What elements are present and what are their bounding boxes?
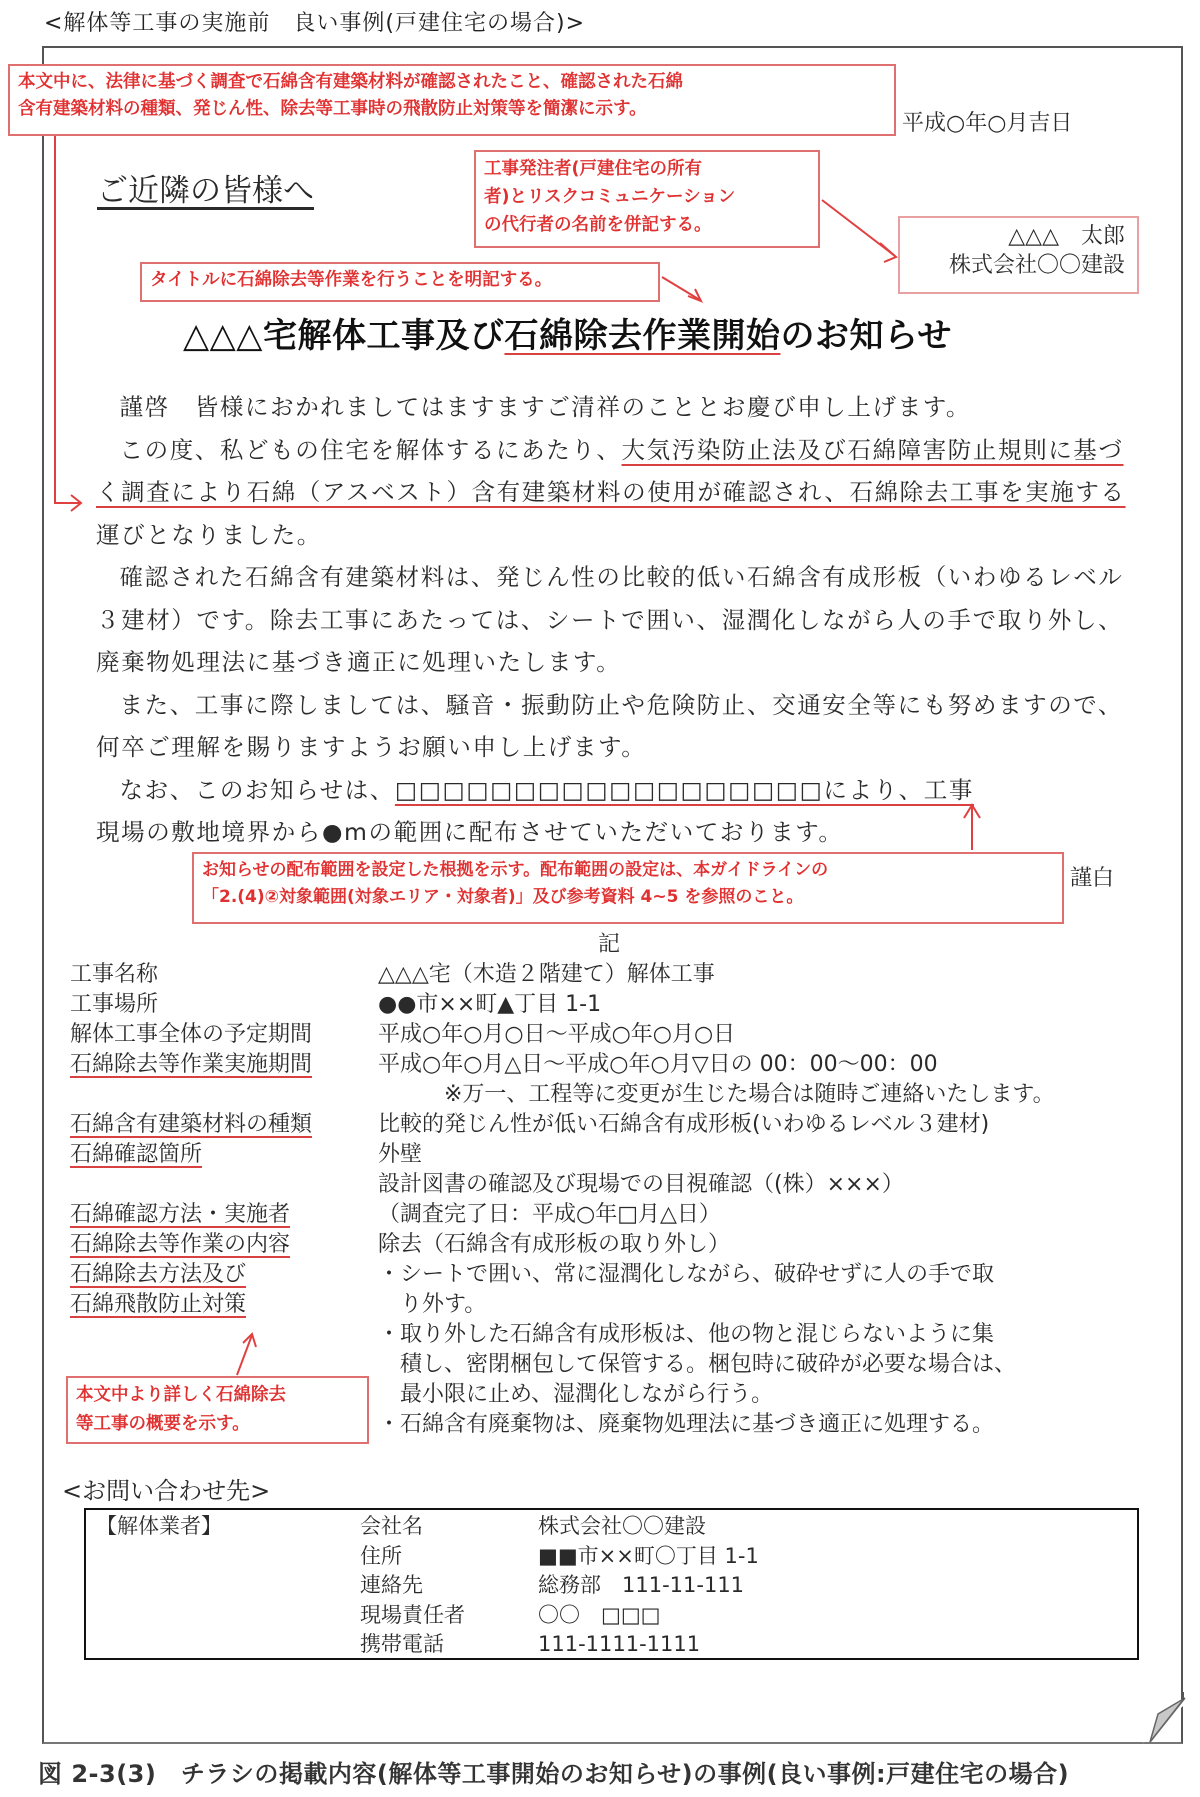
detail-row: 設計図書の確認及び現場での目視確認（(株）×××） [70,1170,1160,1200]
detail-label [70,1320,378,1350]
callout-line: 含有建築材料の種類、発じん性、除去等工事時の飛散防止対策等を簡潔に示す。 [18,96,886,123]
label-text: 石綿除去方法及び [70,1262,246,1287]
callout-line: お知らせの配布範囲を設定した根拠を示す。配布範囲の設定は、本ガイドラインの [202,857,1054,884]
detail-value: 積し、密閉梱包して保管する。梱包時に破砕が必要な場合は、 [378,1350,1160,1380]
text: 運びとなりました。 [96,521,322,549]
details-list: 工事名称△△△宅（木造２階建て）解体工事 工事場所●●市××町▲丁目 1-1 解… [70,960,1160,1440]
detail-value: 平成○年○月△日～平成○年○月▽日の 00：00～00：00 [378,1050,1160,1080]
notice-title: △△△宅解体工事及び石綿除去作業開始のお知らせ [183,308,952,357]
contact-value: 総務部 111-11-111 [538,1571,744,1601]
contact-value: 〇〇 □□□ [538,1601,661,1631]
contact-label: 連絡先 [360,1571,538,1601]
detail-value: （調査完了日：平成○年□月△日） [378,1200,1160,1230]
text: なお、このお知らせは、 [120,776,395,804]
callout-line: の代行者の名前を併記する。 [484,211,810,239]
detail-value: ・石綿含有廃棄物は、廃棄物処理法に基づき適正に処理する。 [378,1410,1160,1440]
contact-value: 株式会社〇〇建設 [538,1512,706,1542]
detail-row: 石綿確認方法・実施者（調査完了日：平成○年□月△日） [70,1200,1160,1230]
callout-body-content: 本文中に、法律に基づく調査で石綿含有建築材料が確認されたこと、確認された石綿 含… [8,64,896,136]
label-text: 工事名称 [70,962,158,987]
detail-row: 石綿除去等作業の内容除去（石綿含有成形板の取り外し） [70,1230,1160,1260]
detail-label: 工事名称 [70,960,378,990]
detail-label: 石綿確認方法・実施者 [70,1200,378,1230]
notice-body: 謹啓 皆様におかれましてはますますご清祥のこととお慶び申し上げます。 この度、私… [96,386,1131,854]
callout-line: 本文中より詳しく石綿除去 [76,1381,359,1410]
label-text: 石綿確認方法・実施者 [70,1202,290,1227]
detail-row: 石綿除去方法及び・シートで囲い、常に湿潤化しながら、破砕せずに人の手で取 [70,1260,1160,1290]
callout-line: 本文中に、法律に基づく調査で石綿含有建築材料が確認されたこと、確認された石綿 [18,69,886,96]
sender-block: △△△ 太郎 株式会社〇〇建設 [898,216,1139,294]
detail-label: 石綿除去等作業実施期間 [70,1050,378,1080]
paragraph-greeting: 謹啓 皆様におかれましてはますますご清祥のこととお慶び申し上げます。 [96,386,1131,429]
callout-line: 者)とリスクコミュニケーション [484,183,810,211]
contact-org-type: 【解体業者】 [96,1512,222,1542]
callout-distribution-note: お知らせの配布範囲を設定した根拠を示す。配布範囲の設定は、本ガイドラインの 「2… [192,852,1064,924]
contact-row: 連絡先総務部 111-11-111 [360,1571,759,1601]
detail-row: 解体工事全体の予定期間平成○年○月○日～平成○年○月○日 [70,1020,1160,1050]
detail-value: 設計図書の確認及び現場での目視確認（(株）×××） [378,1170,1160,1200]
detail-value: ・取り外した石綿含有成形板は、他の物と混じらないように集 [378,1320,1160,1350]
detail-row: 石綿含有建築材料の種類比較的発じん性が低い石綿含有成形板(いわゆるレベル３建材) [70,1110,1160,1140]
detail-row: 石綿除去等作業実施期間平成○年○月△日～平成○年○月▽日の 00：00～00：0… [70,1050,1160,1080]
text-underlined: □□□□□□□□□□□□□□□□□□により、工事 [395,776,974,804]
label-text: 石綿飛散防止対策 [70,1292,246,1317]
contact-row: 現場責任者〇〇 □□□ [360,1601,759,1631]
callout-title-note: タイトルに石綿除去等作業を行うことを明記する。 [140,262,660,302]
contact-row: 携帯電話111-1111-1111 [360,1630,759,1660]
detail-value: ●●市××町▲丁目 1-1 [378,990,1160,1020]
label-text: 石綿除去等作業の内容 [70,1232,290,1257]
callout-line: 工事発注者(戸建住宅の所有 [484,155,810,183]
contact-value: 111-1111-1111 [538,1630,700,1660]
detail-value: ・シートで囲い、常に湿潤化しながら、破砕せずに人の手で取 [378,1260,1160,1290]
ki-marker: 記 [598,927,620,958]
contact-label: 現場責任者 [360,1601,538,1631]
detail-value: 平成○年○月○日～平成○年○月○日 [378,1020,1160,1050]
detail-label: 解体工事全体の予定期間 [70,1020,378,1050]
detail-value: り外す。 [378,1290,1160,1320]
label-text: 石綿確認箇所 [70,1142,202,1167]
paragraph-distribution-cont: 現場の敷地境界から●mの範囲に配布させていただいております。 [96,811,1131,854]
paragraph-reason: この度、私どもの住宅を解体するにあたり、大気汚染防止法及び石綿障害防止規則に基づ… [96,429,1131,557]
text: この度、私どもの住宅を解体するにあたり、 [120,436,622,464]
contact-row: 住所■■市××町〇丁目 1-1 [360,1542,759,1572]
detail-value: 比較的発じん性が低い石綿含有成形板(いわゆるレベル３建材) [378,1110,1160,1140]
detail-row: ・取り外した石綿含有成形板は、他の物と混じらないように集 [70,1320,1160,1350]
detail-row: 工事場所●●市××町▲丁目 1-1 [70,990,1160,1020]
detail-value: 最小限に止め、湿潤化しながら行う。 [378,1380,1160,1410]
title-prefix: △△△宅解体工事及び [183,316,504,356]
paragraph-distribution: なお、このお知らせは、□□□□□□□□□□□□□□□□□□により、工事 [96,769,1131,812]
detail-label: 工事場所 [70,990,378,1020]
detail-label [70,1170,378,1200]
contact-heading: <お問い合わせ先> [62,1471,270,1506]
callout-line: 「2.(4)②対象範囲(対象エリア・対象者)」及び参考資料 4~5 を参照のこと… [202,884,1054,911]
detail-row: 石綿飛散防止対策 り外す。 [70,1290,1160,1320]
detail-value: 外壁 [378,1140,1160,1170]
sender-company: 株式会社〇〇建設 [906,251,1125,280]
detail-label: 石綿確認箇所 [70,1140,378,1170]
contact-rows: 会社名株式会社〇〇建設 住所■■市××町〇丁目 1-1 連絡先総務部 111-1… [360,1512,759,1660]
label-text: 工事場所 [70,992,158,1017]
detail-label: 石綿含有建築材料の種類 [70,1110,378,1140]
detail-row: 石綿確認箇所外壁 [70,1140,1160,1170]
label-text: 解体工事全体の予定期間 [70,1022,312,1047]
detail-value: △△△宅（木造２階建て）解体工事 [378,960,1160,990]
label-text: 石綿除去等作業実施期間 [70,1052,312,1077]
title-suffix: のお知らせ [780,316,951,356]
detail-row: 工事名称△△△宅（木造２階建て）解体工事 [70,960,1160,990]
contact-label: 住所 [360,1542,538,1572]
detail-label [70,1080,378,1110]
sender-name: △△△ 太郎 [906,222,1125,251]
paragraph-materials: 確認された石綿含有建築材料は、発じん性の比較的低い石綿含有成形板（いわゆるレベル… [96,556,1131,684]
label-text: 石綿含有建築材料の種類 [70,1112,312,1137]
notice-date: 平成○年○月吉日 [902,106,1072,137]
title-underlined: 石綿除去作業開始 [504,316,780,356]
contact-box: 【解体業者】 会社名株式会社〇〇建設 住所■■市××町〇丁目 1-1 連絡先総務… [84,1508,1139,1660]
contact-value: ■■市××町〇丁目 1-1 [538,1542,759,1572]
callout-details-note: 本文中より詳しく石綿除去 等工事の概要を示す。 [66,1376,369,1444]
detail-label: 石綿除去等作業の内容 [70,1230,378,1260]
callout-sender-note: 工事発注者(戸建住宅の所有 者)とリスクコミュニケーション の代行者の名前を併記… [474,150,820,248]
callout-line: 等工事の概要を示す。 [76,1410,359,1439]
salutation: ご近隣の皆様へ [97,165,314,210]
paragraph-safety: また、工事に際しましては、騒音・振動防止や危険防止、交通安全等にも努めますので、… [96,684,1131,769]
contact-label: 携帯電話 [360,1630,538,1660]
contact-row: 会社名株式会社〇〇建設 [360,1512,759,1542]
detail-label: 石綿除去方法及び [70,1260,378,1290]
detail-value: ※万一、工程等に変更が生じた場合は随時ご連絡いたします。 [378,1080,1160,1110]
closing-word: 謹白 [1070,861,1114,892]
detail-row: ※万一、工程等に変更が生じた場合は随時ご連絡いたします。 [70,1080,1160,1110]
detail-label: 石綿飛散防止対策 [70,1290,378,1320]
figure-caption: 図 2-3(3) チラシの掲載内容(解体等工事開始のお知らせ)の事例(良い事例:… [38,1754,1069,1789]
contact-label: 会社名 [360,1512,538,1542]
detail-value: 除去（石綿含有成形板の取り外し） [378,1230,1160,1260]
